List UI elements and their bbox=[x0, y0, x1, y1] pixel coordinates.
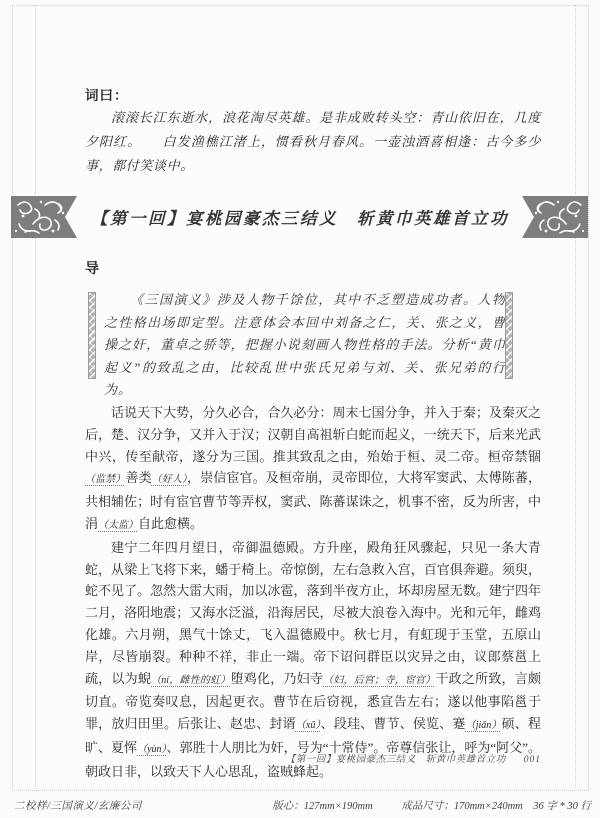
slug-bar: 二校样/三国演义/玄廉公司 版心：127mm×190mm 成品尺寸：170mm×… bbox=[0, 796, 600, 816]
paragraph: 话说天下大势，分久必合，合久必分：周末七国分争，并入于秦；及秦灭之后，楚、汉分争… bbox=[85, 402, 541, 537]
poem-text: 滚滚长江东逝水，浪花淘尽英雄。是非成败转头空：青山依旧在，几度夕阳红。 白发渔樵… bbox=[85, 106, 541, 178]
chapter-title: 【第一回】宴桃园豪杰三结义 斩黄巾英雄首立功 bbox=[91, 205, 509, 229]
dragon-ornament-right-icon bbox=[522, 196, 588, 238]
book-page: 词曰： 滚滚长江东逝水，浪花淘尽英雄。是非成败转头空：青山依旧在，几度夕阳红。 … bbox=[0, 0, 600, 818]
body-text: 话说天下大势，分久必合，合久必分：周末七国分争，并入于秦；及秦灭之后，楚、汉分争… bbox=[85, 402, 541, 783]
guide-label: 导 bbox=[85, 258, 99, 278]
ornament-bar-right bbox=[505, 292, 513, 379]
poem-label: 词曰： bbox=[85, 84, 129, 104]
footer-page-number: 001 bbox=[524, 755, 541, 765]
footer-chapter: 【第一回】宴桃园豪杰三结义 斩黄巾英雄首立功 bbox=[286, 755, 506, 765]
trim-line-right bbox=[575, 5, 576, 789]
slug-proof-label: 二校样/三国演义/玄廉公司 bbox=[14, 798, 142, 813]
slug-layout-size: 版心：127mm×190mm bbox=[272, 801, 372, 812]
dragon-ornament-left-icon bbox=[11, 196, 77, 238]
footer-line: 【第一回】宴桃园豪杰三结义 斩黄巾英雄首立功001 bbox=[85, 751, 541, 765]
ornament-bar-left bbox=[88, 292, 96, 379]
chapter-band: 【第一回】宴桃园豪杰三结义 斩黄巾英雄首立功 bbox=[0, 196, 600, 238]
trim-line-left bbox=[35, 5, 36, 789]
slug-spec: 版心：127mm×190mm 成品尺寸：170mm×240mm 36 字 * 3… bbox=[272, 798, 591, 813]
guide-text: 《三国演义》涉及人物千馀位，其中不乏塑造成功者。人物之性格出场即定型。注意体会本… bbox=[104, 289, 506, 402]
slug-product-size: 成品尺寸：170mm×240mm 36 字 * 30 行 bbox=[401, 801, 591, 812]
paragraph: 建宁二年四月望日，帝御温德殿。方升座，殿角狂风骤起，只见一条大青蛇，从梁上飞将下… bbox=[85, 537, 541, 783]
